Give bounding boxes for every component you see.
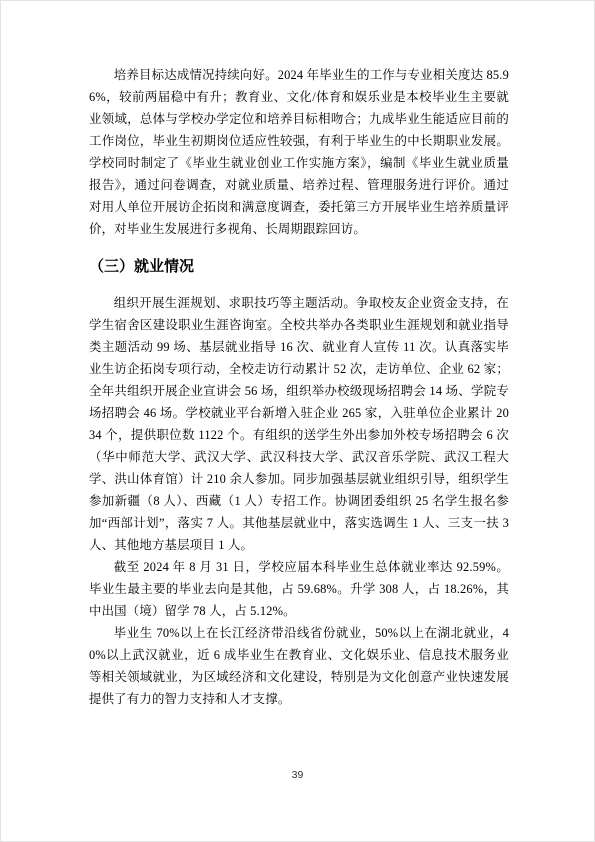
paragraph-career-activities: 组织开展生涯规划、求职技巧等主题活动。争取校友企业资金支持，在学生宿舍区建设职业… [89,292,509,556]
section-heading-employment: （三）就业情况 [89,256,509,277]
paragraph-employment-rate: 截至 2024 年 8 月 31 日，学校应届本科毕业生总体就业率达 92.59… [89,556,509,622]
page-number: 39 [1,769,594,781]
paragraph-training-outcomes: 培养目标达成情况持续向好。2024 年毕业生的工作与专业相关度达 85.96%，… [89,64,509,240]
paragraph-employment-regions: 毕业生 70%以上在长江经济带沿线省份就业，50%以上在湖北就业，40%以上武汉… [89,622,509,710]
page-content: 培养目标达成情况持续向好。2024 年毕业生的工作与专业相关度达 85.96%，… [89,64,509,710]
document-page: 培养目标达成情况持续向好。2024 年毕业生的工作与专业相关度达 85.96%，… [0,0,595,842]
